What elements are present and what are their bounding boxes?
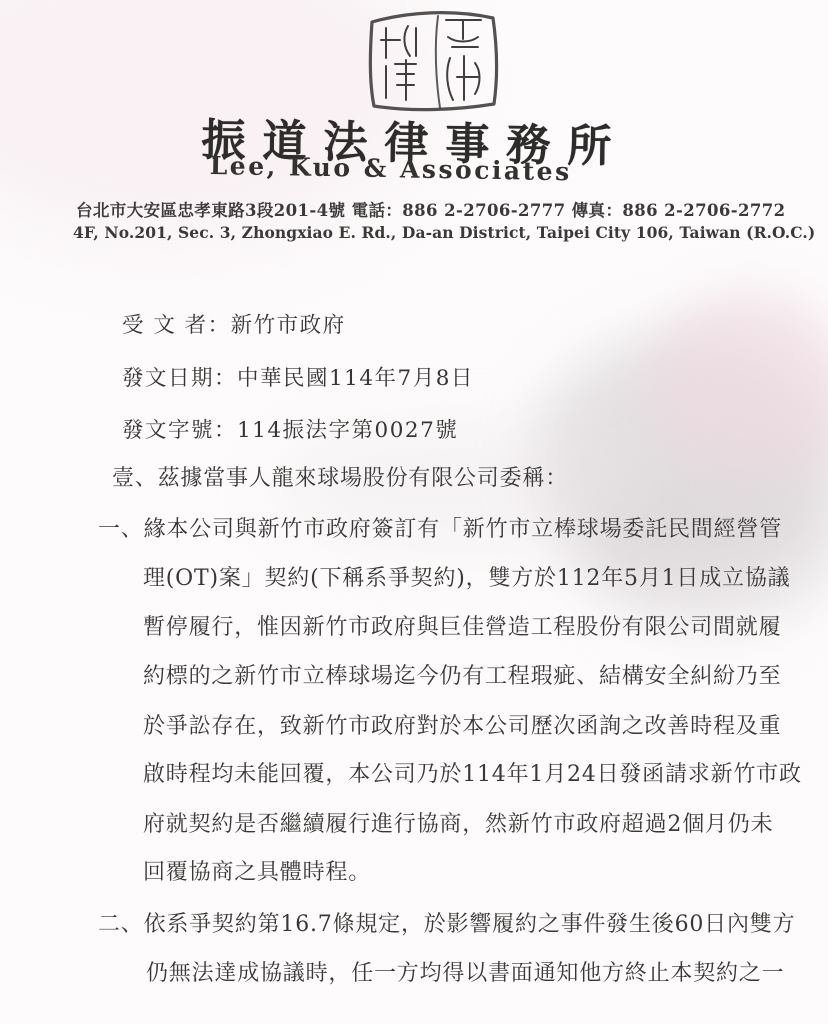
scan-shade-lower-right bbox=[575, 465, 828, 630]
firm-address-chinese: 台北市大安區忠孝東路3段201-4號 電話：886 2-2706-2777 傳真… bbox=[76, 197, 786, 221]
recipient-line: 受 文 者：新竹市政府 bbox=[122, 308, 346, 339]
firm-seal-icon bbox=[362, 6, 504, 116]
firm-name-english: Lee, Kuo & Associates bbox=[209, 151, 571, 186]
firm-address-english: 4F, No.201, Sec. 3, Zhongxiao E. Rd., Da… bbox=[73, 223, 815, 242]
paragraph2-line: 二、依系爭契約第16.7條規定，於影響履約之事件發生後60日內雙方 bbox=[98, 907, 795, 938]
paragraph1-line: 一、緣本公司與新竹市政府簽訂有「新竹市立棒球場委託民間經營管 bbox=[98, 512, 782, 543]
paragraph1-line: 理(OT)案」契約(下稱系爭契約)，雙方於112年5月1日成立協議 bbox=[143, 561, 790, 592]
paragraph1-line: 約標的之新竹市立棒球場迄今仍有工程瑕疵、結構安全糾紛乃至 bbox=[143, 659, 781, 690]
section-heading: 壹、茲據當事人龍來球場股份有限公司委稱： bbox=[112, 461, 568, 492]
paragraph1-line: 府就契約是否繼續履行進行協商，然新竹市政府超過2個月仍未 bbox=[143, 807, 773, 838]
scan-shade-right bbox=[535, 335, 828, 585]
paragraph1-line: 啟時程均未能回覆，本公司乃於114年1月24日發函請求新竹市政 bbox=[143, 757, 802, 788]
issue-date-line: 發文日期：中華民國114年7月8日 bbox=[122, 361, 474, 392]
paragraph1-line: 暫停履行，惟因新竹市政府與巨佳營造工程股份有限公司間就履 bbox=[143, 610, 781, 641]
scanned-legal-letter: 振道法律事務所 Lee, Kuo & Associates 台北市大安區忠孝東路… bbox=[0, 0, 828, 1024]
paragraph2-line: 仍無法達成協議時，任一方均得以書面通知他方終止本契約之一 bbox=[146, 956, 784, 987]
scan-shade-pink bbox=[650, 290, 828, 485]
paragraph1-line: 於爭訟存在，致新竹市政府對於本公司歷次函詢之改善時程及重 bbox=[143, 709, 781, 740]
ref-number-line: 發文字號：114振法字第0027號 bbox=[122, 413, 458, 444]
paragraph1-line: 回覆協商之具體時程。 bbox=[143, 855, 371, 886]
